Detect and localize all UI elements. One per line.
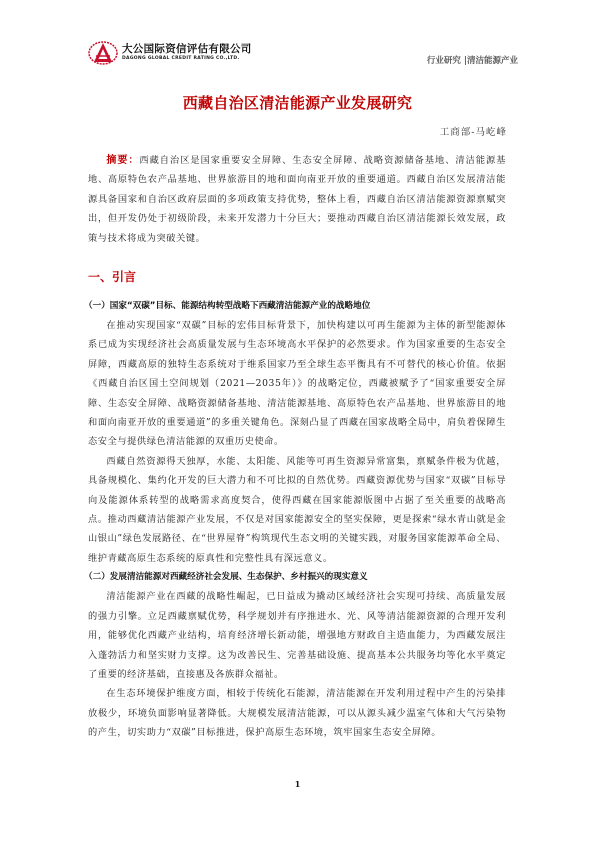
page-number: 1 xyxy=(0,779,595,789)
abstract-label: 摘要： xyxy=(106,155,139,166)
document-title: 西藏自治区清洁能源产业发展研究 xyxy=(0,92,595,113)
subsection-heading-2: （二）发展清洁能源对西藏经济社会发展、生态保护、乡村振兴的现实意义 xyxy=(84,568,506,587)
company-name-en: DAGONG GLOBAL CREDIT RATING CO.,LTD. xyxy=(122,55,252,62)
paragraph: 清洁能源产业在西藏的战略性崛起，已日益成为撬动区域经济社会实现可持续、高质量发展… xyxy=(88,587,506,684)
abstract-text: 西藏自治区是国家重要安全屏障、生态安全屏障、战略资源储备基地、清洁能源基地、高原… xyxy=(88,155,506,244)
section-introduction-body: （一）国家“双碳”目标、能源结构转型战略下西藏清洁能源产业的战略地位 在推动实现… xyxy=(88,297,506,743)
company-name: 大公国际资信评估有限公司 DAGONG GLOBAL CREDIT RATING… xyxy=(122,43,252,62)
paragraph: 西藏自然资源得天独厚，水能、太阳能、风能等可再生资源异常富集，禀赋条件极为优越，… xyxy=(88,452,506,568)
paragraph: 在生态环境保护维度方面，相较于传统化石能源，清洁能源在开发利用过程中产生的污染排… xyxy=(88,684,506,742)
abstract-block: 摘要：西藏自治区是国家重要安全屏障、生态安全屏障、战略资源储备基地、清洁能源基地… xyxy=(88,151,506,248)
company-name-cn: 大公国际资信评估有限公司 xyxy=(122,43,252,55)
page-header: 大公国际资信评估有限公司 DAGONG GLOBAL CREDIT RATING… xyxy=(88,40,528,70)
dagong-logo-icon xyxy=(88,40,118,66)
paragraph: 在推动实现国家“双碳”目标的宏伟目标背景下，加快构建以可再生能源为主体的新型能源… xyxy=(88,316,506,452)
author-line: 工商部-马屹峰 xyxy=(440,124,507,138)
report-category: 行业研究 |清洁能源产业 xyxy=(427,54,518,66)
section-heading-introduction: 一、引言 xyxy=(88,268,136,285)
abstract-paragraph: 摘要：西藏自治区是国家重要安全屏障、生态安全屏障、战略资源储备基地、清洁能源基地… xyxy=(88,151,506,248)
subsection-heading-1: （一）国家“双碳”目标、能源结构转型战略下西藏清洁能源产业的战略地位 xyxy=(84,297,506,316)
